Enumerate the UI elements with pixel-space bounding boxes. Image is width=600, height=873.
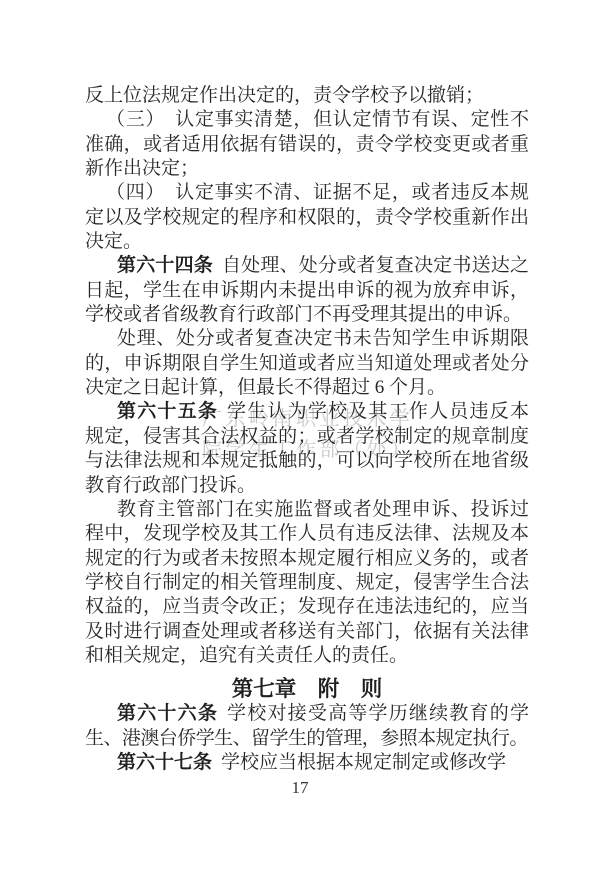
chapter-heading: 第七章 附 则 — [85, 676, 529, 702]
body-line: 决定。 — [85, 230, 529, 254]
line-text: 与法律法规和本规定抵触的，可以向学校所在地省级 — [85, 450, 529, 471]
line-text: 生、港澳台侨学生、留学生的管理，参照本规定执行。 — [85, 728, 528, 749]
line-text: 规定的行为或者未按照本规定履行相应义务的，或者 — [85, 548, 529, 569]
body-line: 教育行政部门投诉。 — [85, 474, 529, 498]
line-text: 日起，学生在申诉期内未提出申诉的视为放弃申诉， — [85, 280, 529, 301]
body-line: 和相关规定，追究有关责任人的责任。 — [85, 644, 529, 668]
body-line: 规定的行为或者未按照本规定履行相应义务的，或者 — [85, 547, 529, 571]
line-text: 及时进行调查处理或者移送有关部门，依据有关法律 — [85, 621, 529, 642]
body-line: 处理、处分或者复查决定书未告知学生申诉期限 — [85, 327, 529, 351]
body-line: 第六十七条学校应当根据本规定制定或修改学 — [85, 751, 529, 775]
line-text: 反上位法规定作出决定的，责令学校予以撤销； — [85, 85, 484, 106]
line-text: 决定之日起计算，但最长不得超过 6 个月。 — [85, 377, 446, 398]
body-line: 学校自行制定的相关管理制度、规定，侵害学生合法 — [85, 571, 529, 595]
body-line: 教育主管部门在实施监督或者处理申诉、投诉过 — [85, 498, 529, 522]
line-text: 学校或者省级教育行政部门不再受理其提出的申诉。 — [85, 304, 522, 325]
article-number: 第六十四条 — [117, 255, 213, 276]
body-line: 的，申诉期限自学生知道或者应当知道处理或者处分 — [85, 352, 529, 376]
body-line: 准确，或者适用依据有错误的，责令学校变更或者重 — [85, 133, 529, 157]
line-text: 规定，侵害其合法权益的；或者学校制定的规章制度 — [85, 426, 529, 447]
line-text: 处理、处分或者复查决定书未告知学生申诉期限 — [117, 328, 529, 349]
line-text: 权益的，应当责令改正；发现存在违法违纪的，应当 — [85, 596, 529, 617]
body-line: 生、港澳台侨学生、留学生的管理，参照本规定执行。 — [85, 727, 529, 751]
body-line: 决定之日起计算，但最长不得超过 6 个月。 — [85, 376, 529, 400]
body-line: 及时进行调查处理或者移送有关部门，依据有关法律 — [85, 620, 529, 644]
page-body: 反上位法规定作出决定的，责令学校予以撤销； （三） 认定事实清楚，但认定情节有误… — [85, 84, 529, 775]
line-text: 定以及学校规定的程序和权限的，责令学校重新作出 — [85, 207, 529, 228]
line-text: 学生认为学校及其工作人员违反本 — [227, 401, 529, 422]
line-text: 新作出决定； — [85, 158, 199, 179]
body-line: 规定，侵害其合法权益的；或者学校制定的规章制度 — [85, 425, 529, 449]
line-text: 教育主管部门在实施监督或者处理申诉、投诉过 — [117, 499, 529, 520]
body-line: 第六十六条学校对接受高等学历继续教育的学 — [85, 702, 529, 726]
line-text: 和相关规定，追究有关责任人的责任。 — [85, 645, 408, 666]
line-text: 教育行政部门投诉。 — [85, 475, 256, 496]
line-text: （三） 认定事实清楚，但认定情节有误、定性不 — [106, 109, 529, 130]
body-line: （三） 认定事实清楚，但认定情节有误、定性不 — [85, 108, 529, 132]
line-text: 程中，发现学校及其工作人员有违反法律、法规及本 — [85, 523, 529, 544]
body-line: 日起，学生在申诉期内未提出申诉的视为放弃申诉， — [85, 279, 529, 303]
body-line: 第六十五条学生认为学校及其工作人员违反本 — [85, 400, 529, 424]
body-line: 反上位法规定作出决定的，责令学校予以撤销； — [85, 84, 529, 108]
page-number: 17 — [0, 778, 600, 798]
article-number: 第六十七条 — [117, 752, 212, 773]
line-text: 学校对接受高等学历继续教育的学 — [227, 703, 529, 724]
body-line: （四） 认定事实不清、证据不足，或者违反本规 — [85, 181, 529, 205]
body-line: 权益的，应当责令改正；发现存在违法违纪的，应当 — [85, 595, 529, 619]
line-text: 学校应当根据本规定制定或修改学 — [221, 752, 506, 773]
line-text: 决定。 — [85, 231, 142, 252]
line-text: 自处理、处分或者复查决定书送达之 — [222, 255, 529, 276]
body-line: 第六十四条自处理、处分或者复查决定书送达之 — [85, 254, 529, 278]
article-number: 第六十六条 — [117, 703, 218, 724]
line-text: （四） 认定事实不清、证据不足，或者违反本规 — [106, 182, 529, 203]
document-page: 广东岭南职业技术学 院学生工作部（处） 反上位法规定作出决定的，责令学校予以撤销… — [0, 0, 600, 873]
line-text: 学校自行制定的相关管理制度、规定，侵害学生合法 — [85, 572, 529, 593]
body-line: 程中，发现学校及其工作人员有违反法律、法规及本 — [85, 522, 529, 546]
line-text: 的，申诉期限自学生知道或者应当知道处理或者处分 — [85, 353, 529, 374]
body-line: 定以及学校规定的程序和权限的，责令学校重新作出 — [85, 206, 529, 230]
line-text: 准确，或者适用依据有错误的，责令学校变更或者重 — [85, 134, 529, 155]
article-number: 第六十五条 — [117, 401, 218, 422]
body-line: 与法律法规和本规定抵触的，可以向学校所在地省级 — [85, 449, 529, 473]
body-line: 学校或者省级教育行政部门不再受理其提出的申诉。 — [85, 303, 529, 327]
body-line: 新作出决定； — [85, 157, 529, 181]
